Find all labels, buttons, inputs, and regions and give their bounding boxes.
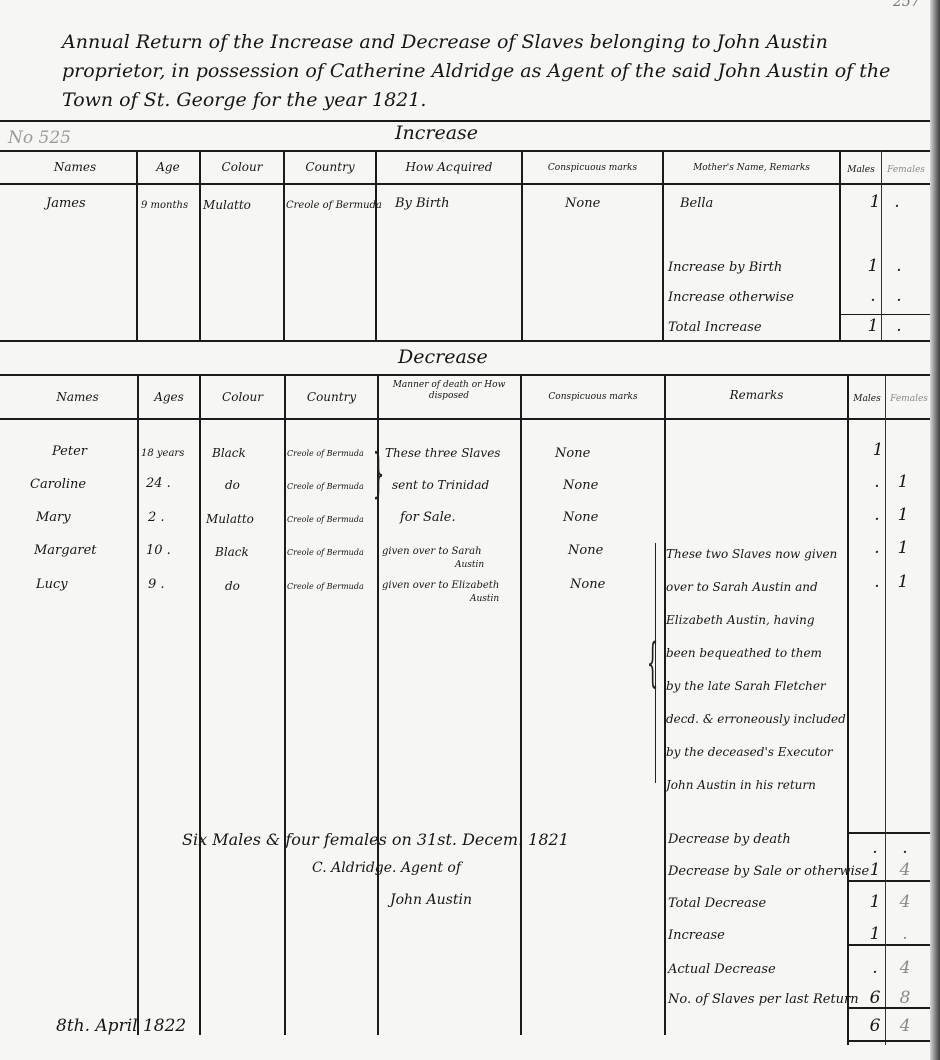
dec-manner-cont: Austin <box>455 560 484 570</box>
dec-manner-cont: Austin <box>470 594 499 604</box>
dec-manner: sent to Trinidad <box>392 478 489 492</box>
dec-females: 1 <box>892 472 914 492</box>
dec-header-names: Names <box>20 390 135 404</box>
return-date: 8th. April 1822 <box>56 1016 186 1036</box>
dec-age: 24 . <box>146 476 171 491</box>
rule-increase-header-top <box>0 150 930 152</box>
dec-summary-males: 6 <box>864 988 886 1008</box>
inc-header-colour: Colour <box>201 160 283 174</box>
dec-header-manner: Manner of death or How disposed <box>381 380 517 402</box>
title-line-2: proprietor, in possession of Catherine A… <box>62 57 890 86</box>
inc-summary-label: Total Increase <box>668 320 762 335</box>
col-line <box>521 151 523 341</box>
remark-line: over to Sarah Austin and <box>666 580 818 594</box>
dec-summary-label: No. of Slaves per last Return <box>668 992 859 1007</box>
dec-summary-females: . <box>894 838 916 858</box>
rule-summary <box>848 1040 930 1042</box>
title-line-3: Town of St. George for the year 1821. <box>62 86 890 115</box>
remark-line: John Austin in his return <box>666 778 816 792</box>
dec-summary-label: Increase <box>668 928 725 943</box>
rule-decrease-header-top <box>0 374 930 376</box>
dec-summary-males: 1 <box>864 860 886 880</box>
col-line <box>881 151 882 341</box>
dec-summary-label: Decrease by death <box>668 832 791 847</box>
dec-males: . <box>866 505 888 525</box>
brace-bracket: } <box>373 448 385 500</box>
inc-females: . <box>886 192 908 212</box>
dec-summary-females: 4 <box>894 1016 916 1036</box>
rule-summary <box>848 832 930 834</box>
dec-header-ages: Ages <box>139 390 199 404</box>
inc-country: Creole of Bermuda <box>286 200 382 211</box>
rule-increase-bottom <box>0 340 930 342</box>
inc-header-names: Names <box>20 160 130 174</box>
dec-summary-females: 4 <box>894 860 916 880</box>
dec-name: Caroline <box>30 477 86 492</box>
inc-header-males: Males <box>841 165 881 176</box>
dec-marks: None <box>570 577 605 592</box>
dec-header-males: Males <box>849 394 885 405</box>
dec-manner: given over to Elizabeth <box>382 580 499 591</box>
inc-summary-males: 1 <box>862 256 884 276</box>
dec-manner: These three Slaves <box>385 446 500 460</box>
decrease-section-title: Decrease <box>398 346 488 368</box>
inc-summary-females: . <box>888 316 910 336</box>
dec-colour: Mulatto <box>206 512 254 526</box>
dec-country: Creole of Bermuda <box>287 449 364 458</box>
remarks-brace: } <box>647 640 659 692</box>
dec-summary-label: Decrease by Sale or otherwise <box>668 864 869 879</box>
certification-line-1: Six Males & four females on 31st. Decem.… <box>182 830 569 849</box>
remark-line: decd. & erroneously included <box>666 712 846 726</box>
remark-line: Elizabeth Austin, having <box>666 613 815 627</box>
inc-header-marks: Conspicuous marks <box>523 163 662 174</box>
col-line <box>137 375 139 1035</box>
dec-colour: do <box>225 478 240 492</box>
dec-males: . <box>866 538 888 558</box>
inc-summary-label: Increase otherwise <box>668 290 794 305</box>
document-title: Annual Return of the Increase and Decrea… <box>62 28 890 115</box>
dec-summary-males: 1 <box>864 924 886 944</box>
dec-age: 18 years <box>141 448 184 459</box>
rule-summary <box>848 944 930 946</box>
dec-marks: None <box>563 510 598 525</box>
dec-header-marks: Conspicuous marks <box>522 392 664 403</box>
dec-females: 1 <box>892 572 914 592</box>
dec-summary-females: 4 <box>894 958 916 978</box>
dec-name: Lucy <box>36 577 68 592</box>
inc-mothers-name: Bella <box>680 196 713 211</box>
col-line <box>199 375 201 1035</box>
inc-how-acquired: By Birth <box>395 196 450 211</box>
dec-age: 2 . <box>148 510 165 525</box>
dec-manner: for Sale. <box>400 510 456 525</box>
dec-summary-females: 4 <box>894 892 916 912</box>
inc-summary-males: 1 <box>862 316 884 336</box>
dec-males: 1 <box>867 440 889 460</box>
dec-summary-females: 8 <box>894 988 916 1008</box>
dec-colour: Black <box>215 545 249 559</box>
dec-name: Peter <box>52 444 87 459</box>
dec-summary-males: 1 <box>864 892 886 912</box>
dec-females: 1 <box>892 538 914 558</box>
inc-colour: Mulatto <box>203 198 251 212</box>
dec-females: 1 <box>892 505 914 525</box>
col-line <box>664 375 666 1035</box>
inc-header-country: Country <box>285 160 375 174</box>
inc-header-females: Females <box>883 165 929 176</box>
inc-header-age: Age <box>138 160 198 174</box>
rule-decrease-header-bottom <box>0 418 930 420</box>
dec-name: Mary <box>36 510 71 525</box>
col-line <box>839 151 841 341</box>
inc-summary-males: . <box>862 286 884 306</box>
col-line <box>375 151 377 341</box>
dec-header-colour: Colour <box>201 390 284 404</box>
col-line <box>136 151 138 341</box>
inc-males: 1 <box>864 192 886 212</box>
dec-summary-males: 6 <box>864 1016 886 1036</box>
page-number: 257 <box>893 0 920 10</box>
inc-header-mothers-name: Mother's Name, Remarks <box>664 163 839 174</box>
col-line <box>662 151 664 341</box>
remark-line: by the late Sarah Fletcher <box>666 679 826 693</box>
page-edge-shadow <box>930 0 940 1060</box>
col-line <box>199 151 201 341</box>
dec-name: Margaret <box>34 543 96 558</box>
inc-marks: None <box>565 196 600 211</box>
increase-section-title: Increase <box>395 122 478 144</box>
certification-line-2: C. Aldridge. Agent of <box>312 860 461 876</box>
inc-name: James <box>46 196 86 211</box>
dec-age: 9 . <box>148 577 165 592</box>
dec-marks: None <box>568 543 603 558</box>
dec-colour: do <box>225 579 240 593</box>
rule-summary <box>848 880 930 882</box>
rule-total-increase <box>840 314 930 315</box>
dec-summary-label: Total Decrease <box>668 896 766 911</box>
remark-line: been bequeathed to them <box>666 646 822 660</box>
dec-header-females: Females <box>887 394 931 405</box>
dec-header-country: Country <box>286 390 377 404</box>
dec-country: Creole of Bermuda <box>287 582 364 591</box>
dec-manner: given over to Sarah <box>382 546 482 557</box>
dec-marks: None <box>555 446 590 461</box>
inc-summary-females: . <box>888 286 910 306</box>
dec-marks: None <box>563 478 598 493</box>
rule-increase-header-bottom <box>0 183 930 185</box>
dec-colour: Black <box>212 446 246 460</box>
dec-country: Creole of Bermuda <box>287 515 364 524</box>
inc-header-how-acquired: How Acquired <box>377 160 521 174</box>
inc-summary-females: . <box>888 256 910 276</box>
folio-mark: No 525 <box>8 128 71 148</box>
inc-summary-label: Increase by Birth <box>668 260 782 275</box>
remark-line: by the deceased's Executor <box>666 745 833 759</box>
dec-summary-females: . <box>894 924 916 944</box>
remark-line: These two Slaves now given <box>666 547 837 561</box>
inc-age: 9 months <box>141 200 188 211</box>
dec-header-remarks: Remarks <box>666 388 847 402</box>
col-line <box>520 375 522 1035</box>
dec-summary-males: . <box>864 838 886 858</box>
dec-age: 10 . <box>146 543 171 558</box>
dec-summary-label: Actual Decrease <box>668 962 776 977</box>
rule-summary <box>848 1007 930 1009</box>
dec-country: Creole of Bermuda <box>287 482 364 491</box>
dec-country: Creole of Bermuda <box>287 548 364 557</box>
dec-summary-males: . <box>864 958 886 978</box>
title-line-1: Annual Return of the Increase and Decrea… <box>62 28 890 57</box>
dec-males: . <box>866 472 888 492</box>
certification-line-3: John Austin <box>390 892 472 908</box>
dec-males: . <box>866 572 888 592</box>
col-line <box>283 151 285 341</box>
col-line <box>284 375 286 1035</box>
